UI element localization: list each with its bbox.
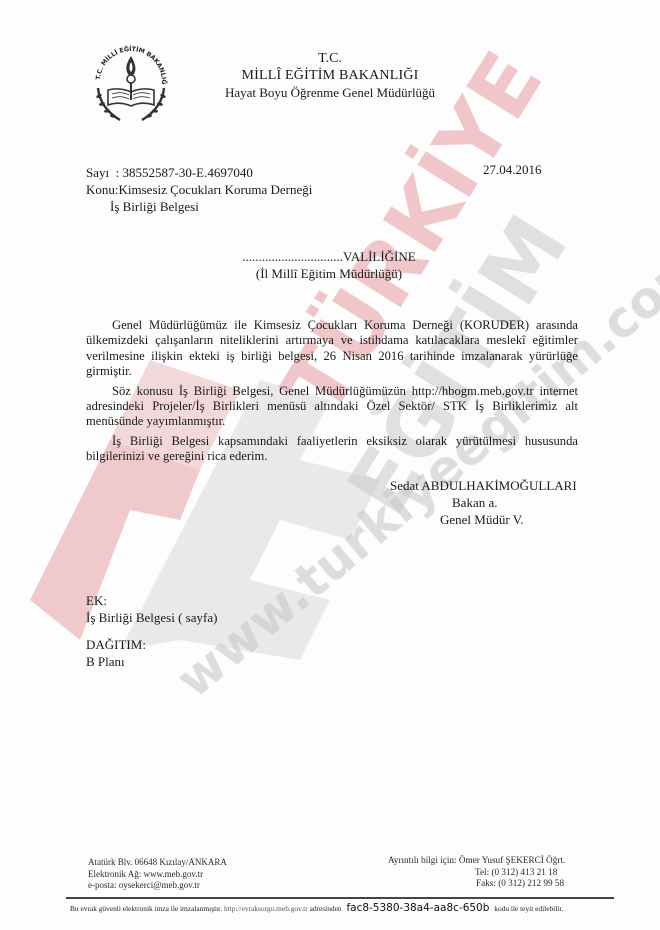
attachments: EK: İş Birliği Belgesi ( sayfa)	[86, 592, 217, 626]
distribution: DAĞITIM: B Planı	[86, 636, 146, 670]
footer-contact: Ayrıntılı bilgi için: Ömer Yusuf ŞEKERCİ…	[388, 855, 565, 890]
document-date: 27.04.2016	[483, 162, 542, 178]
footer-street: Atatürk Blv. 06648 Kızılay/ANKARA	[88, 857, 227, 869]
footer-contact-person: Ayrıntılı bilgi için: Ömer Yusuf ŞEKERCİ…	[388, 855, 565, 867]
footer-tel: Tel: (0 312) 413 21 18	[388, 867, 565, 879]
header-tc: T.C.	[200, 50, 460, 67]
recipient-line2: (İl Millî Eğitim Müdürlüğü)	[224, 265, 434, 282]
signature-block: Sedat ABDULHAKİMOĞULLARI Bakan a. Genel …	[390, 477, 590, 528]
meb-emblem-icon: T.C. MİLLÎ EĞİTİM BAKANLIĞI	[90, 38, 172, 130]
footer-website: Elektronik Ağ: www.meb.gov.tr	[88, 869, 227, 881]
verification-line: Bu evrak güvenli elektronik imza ile imz…	[70, 902, 618, 914]
distribution-item: B Planı	[86, 653, 146, 670]
sayi-label: Sayı	[86, 165, 109, 180]
attachments-label: EK:	[86, 592, 217, 609]
signatory-name: Sedat ABDULHAKİMOĞULLARI	[390, 477, 590, 494]
verification-url[interactable]: http://evraksorgu.meb.gov.tr	[224, 904, 308, 913]
verification-middle: adresinden	[310, 904, 342, 913]
document-page: TÜRKİYE EĞİTİM www.turkiyeegitim.com T.C…	[0, 0, 660, 930]
konu-label: Konu:	[86, 182, 119, 197]
recipient-line1: ...............................VALİLİĞİN…	[224, 248, 434, 265]
header-directorate: Hayat Boyu Öğrenme Genel Müdürlüğü	[200, 84, 460, 101]
body-paragraph: Söz konusu İş Birliği Belgesi, Genel Müd…	[86, 384, 578, 430]
attachment-item: İş Birliği Belgesi ( sayfa)	[86, 609, 217, 626]
document-meta: Sayı : 38552587-30-E.4697040 Konu:Kimses…	[86, 164, 312, 215]
konu-row: Konu:Kimsesiz Çocukları Koruma Derneği	[86, 181, 312, 198]
verification-suffix: kodu ile teyit edilebilir.	[494, 904, 563, 913]
signatory-title-2: Genel Müdür V.	[390, 511, 590, 528]
verification-prefix: Bu evrak güvenli elektronik imza ile imz…	[70, 904, 222, 913]
recipient: ...............................VALİLİĞİN…	[224, 248, 434, 282]
konu-value-line2: İş Birliği Belgesi	[86, 198, 312, 215]
footer-fax: Faks: (0 312) 212 99 58	[388, 878, 565, 890]
footer-divider	[66, 897, 614, 899]
verification-code: fac8-5380-38a4-aa8c-650b	[343, 902, 492, 914]
distribution-label: DAĞITIM:	[86, 636, 146, 653]
header-ministry: MİLLÎ EĞİTİM BAKANLIĞI	[200, 67, 460, 84]
signatory-title-1: Bakan a.	[390, 494, 590, 511]
sayi-value: : 38552587-30-E.4697040	[116, 165, 253, 180]
footer-email: e-posta: oysekerci@meb.gov.tr	[88, 880, 227, 892]
konu-value: Kimsesiz Çocukları Koruma Derneği	[119, 182, 313, 197]
body-paragraph: Genel Müdürlüğümüz ile Kimsesiz Çocuklar…	[86, 318, 578, 380]
body-paragraph: İş Birliği Belgesi kapsamındaki faaliyet…	[86, 434, 578, 465]
letter-body: Genel Müdürlüğümüz ile Kimsesiz Çocuklar…	[86, 318, 578, 469]
letterhead: T.C. MİLLÎ EĞİTİM BAKANLIĞI Hayat Boyu Ö…	[200, 50, 460, 101]
footer-address: Atatürk Blv. 06648 Kızılay/ANKARA Elektr…	[88, 857, 227, 892]
sayi-row: Sayı : 38552587-30-E.4697040	[86, 164, 312, 181]
